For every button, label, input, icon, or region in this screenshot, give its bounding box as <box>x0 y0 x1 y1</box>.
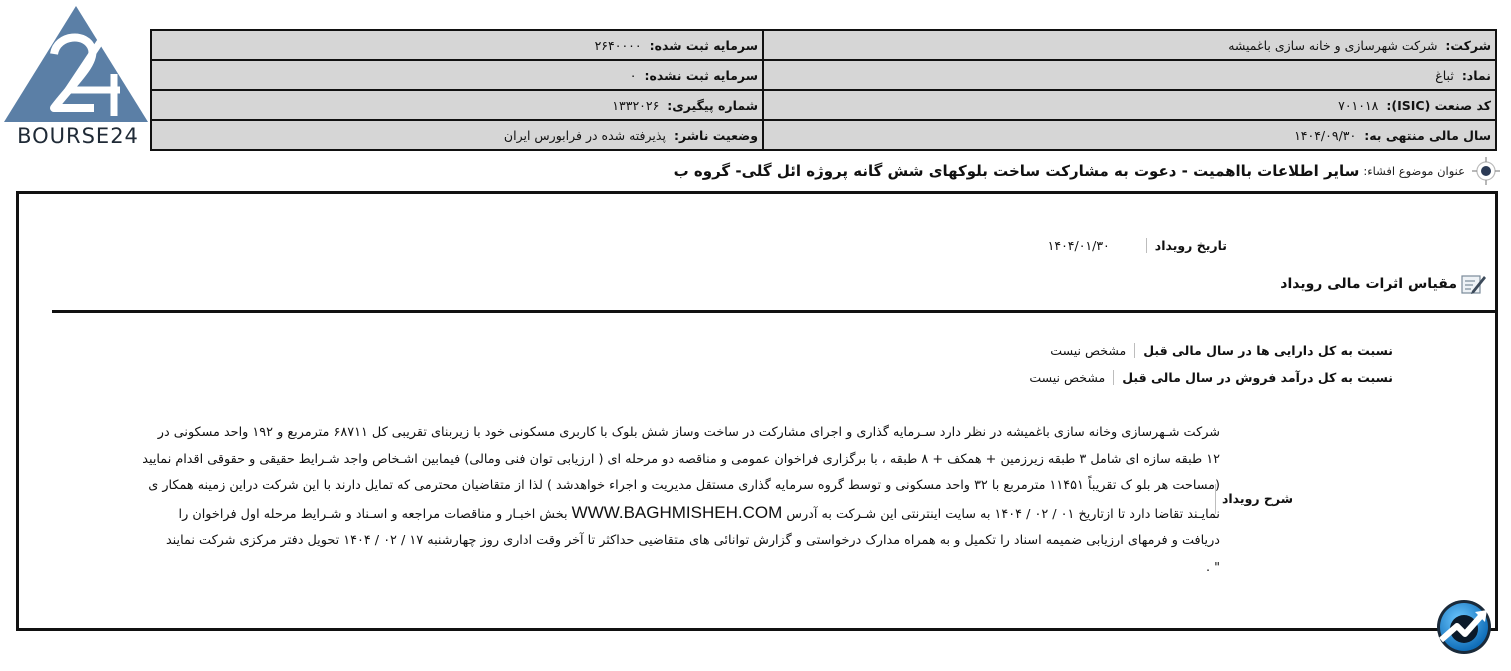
company-value: شرکت شهرسازی و خانه سازی باغمیشه <box>1228 38 1437 53</box>
event-date-label: تاریخ رویداد <box>1146 238 1227 253</box>
unregistered-capital-value: ۰ <box>630 68 637 83</box>
company-info-table: شرکت: شرکت شهرسازی و خانه سازی باغمیشه ن… <box>150 29 1497 151</box>
financial-row-revenue: نسبت به کل درآمد فروش در سال مالی قبل مش… <box>1029 366 1393 388</box>
disclosure-subject: عنوان موضوع افشاء: سایر اطلاعات بااهمیت … <box>674 156 1501 186</box>
trend-badge-icon <box>1435 598 1493 656</box>
assets-ratio-value: مشخص نیست <box>1050 343 1134 358</box>
info-column-right: شرکت: شرکت شهرسازی و خانه سازی باغمیشه ن… <box>762 31 1495 149</box>
description-line: شرکت شـهرسازی وخانه سازی باغمیشه در نظر … <box>140 420 1220 447</box>
description-line: ۱۲ طبقه سازه ای شامل ۳ طبقه زیرزمین + هم… <box>140 447 1220 474</box>
description-line-part: نمایـند تقاضا دارد تا ازتاریخ ۰۱ / ۰۲ / … <box>786 507 1220 522</box>
info-row-tracking-number: شماره پیگیری: ۱۳۳۲۰۲۶ <box>152 91 762 121</box>
description-text: شرکت شـهرسازی وخانه سازی باغمیشه در نظر … <box>140 420 1220 581</box>
logo-triangle-icon <box>2 4 152 126</box>
registered-capital-label: سرمایه ثبت شده: <box>650 38 758 53</box>
isic-label: کد صنعت (ISIC): <box>1386 98 1491 113</box>
description-line: " . <box>140 555 1220 582</box>
logo-brand-text: BOURSE24 <box>4 124 152 148</box>
company-website-link[interactable]: WWW.BAGHMISHEH.COM <box>572 503 783 522</box>
description-line: دریافت و فرمهای ارزیابی ضمیمه اسناد را ت… <box>140 528 1220 555</box>
description-line: نمایـند تقاضا دارد تا ازتاریخ ۰۱ / ۰۲ / … <box>140 500 1220 529</box>
company-label: شرکت: <box>1445 38 1491 53</box>
description-line-part: بخش اخبـار و مناقصات مراجعه و اسـناد و ش… <box>179 507 568 522</box>
revenue-ratio-label: نسبت به کل درآمد فروش در سال مالی قبل <box>1113 370 1393 385</box>
info-row-symbol: نماد: ثباغ <box>764 61 1495 91</box>
info-row-isic: کد صنعت (ISIC): ۷۰۱۰۱۸ <box>764 91 1495 121</box>
tracking-number-label: شماره پیگیری: <box>667 98 758 113</box>
info-row-registered-capital: سرمایه ثبت شده: ۲۶۴۰۰۰۰ <box>152 31 762 61</box>
bourse24-logo: BOURSE24 <box>2 4 152 150</box>
info-row-publisher-status: وضعیت ناشر: پذیرفته شده در فرابورس ایران <box>152 121 762 149</box>
event-date-value: ۱۴۰۴/۰۱/۳۰ <box>1048 238 1146 253</box>
unregistered-capital-label: سرمایه ثبت نشده: <box>644 68 758 83</box>
financial-row-assets: نسبت به کل دارایی ها در سال مالی قبل مشخ… <box>1050 339 1393 361</box>
fiscal-year-value: ۱۴۰۴/۰۹/۳۰ <box>1294 128 1356 143</box>
symbol-value: ثباغ <box>1435 68 1454 83</box>
event-date-row: تاریخ رویداد ۱۴۰۴/۰۱/۳۰ <box>1048 232 1227 258</box>
tracking-number-value: ۱۳۳۲۰۲۶ <box>612 98 659 113</box>
subject-value: سایر اطلاعات بااهمیت - دعوت به مشارکت سا… <box>674 162 1360 180</box>
symbol-label: نماد: <box>1462 68 1491 83</box>
description-label: شرح رویداد <box>1215 484 1293 514</box>
target-icon <box>1471 156 1501 186</box>
info-row-unregistered-capital: سرمایه ثبت نشده: ۰ <box>152 61 762 91</box>
edit-note-icon <box>1461 272 1487 296</box>
publisher-status-label: وضعیت ناشر: <box>674 128 758 143</box>
info-column-left: سرمایه ثبت شده: ۲۶۴۰۰۰۰ سرمایه ثبت نشده:… <box>152 31 762 149</box>
financial-impact-title: مقیاس اثرات مالی رویداد <box>1280 272 1487 296</box>
registered-capital-value: ۲۶۴۰۰۰۰ <box>595 38 642 53</box>
isic-value: ۷۰۱۰۱۸ <box>1338 98 1378 113</box>
revenue-ratio-value: مشخص نیست <box>1029 370 1113 385</box>
subject-label: عنوان موضوع افشاء: <box>1363 164 1465 178</box>
fiscal-year-label: سال مالی منتهی به: <box>1364 128 1491 143</box>
info-row-fiscal-year: سال مالی منتهی به: ۱۴۰۴/۰۹/۳۰ <box>764 121 1495 149</box>
financial-impact-title-text: مقیاس اثرات مالی رویداد <box>1280 276 1457 292</box>
assets-ratio-label: نسبت به کل دارایی ها در سال مالی قبل <box>1134 343 1393 358</box>
description-line: (مساحت هر بلو ک تقریباً ۱۱۴۵۱ مترمربع با… <box>140 473 1220 500</box>
info-row-company: شرکت: شرکت شهرسازی و خانه سازی باغمیشه <box>764 31 1495 61</box>
publisher-status-value: پذیرفته شده در فرابورس ایران <box>504 128 666 143</box>
section-divider <box>52 310 1498 313</box>
